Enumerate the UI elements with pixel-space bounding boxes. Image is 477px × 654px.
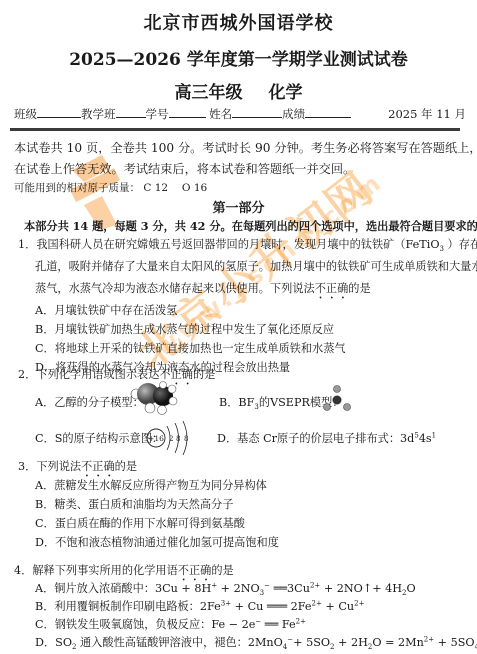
atomic-mass-label: 可能用到的相对原子质量： [14,182,140,194]
school-title: 北京市西城外国语学校 [0,9,477,35]
grade-label: 高三年级 [175,83,243,103]
option-label: B．利用覆铜板制作印刷电路板： [35,600,200,613]
atomic-mass-values: C 12 O 16 [143,182,207,194]
question-number: 4． [14,564,32,577]
question-1-line-1: 1．我国科研人员在研究嫦娥五号返回器带回的月壤时，发现月壤中的钛铁矿（FeTiO… [18,236,477,252]
sulfur-atom-diagram-icon: +16 2 8 8 [145,418,193,458]
instruction-line-1: 本试卷共 10 页，全卷共 100 分。考试时长 90 分钟。考生务必将答案写在… [14,139,477,156]
question-1-option-b: B．月壤钛铁矿加热生成水蒸气的过程中发生了氧化还原反应 [35,321,334,337]
option-label: D．SO [35,636,72,649]
emphasis-text: 不正确 [178,564,212,577]
superscript: 1 [432,431,436,439]
question-2-option-a: A．乙醇的分子模型： [35,394,144,410]
name-blank[interactable] [232,106,282,118]
equation: 2MnO4−+ 5SO2 + 2H2O = 2Mn2+ + 5SO42− + 4… [248,636,477,649]
svg-text:2: 2 [169,435,173,443]
question-3-option-d: D．不饱和液态植物油通过催化加氢可提高饱和度 [35,534,279,550]
emphasis-text: 不正确 [81,460,115,473]
question-text: 我国科研人员在研究嫦娥五号返回器带回的月壤时，发现月壤中的钛铁矿（FeTiO [36,238,439,251]
question-text: 下列说法 [36,460,81,473]
question-text: 的是 [193,368,215,381]
class-blank[interactable] [37,106,81,118]
exam-date: 2025 年 11 月 [388,106,466,122]
question-text: ）存在亚纳米 [444,238,477,251]
question-number: 1． [18,238,36,251]
student-id-blank[interactable] [169,106,206,118]
svg-text:8: 8 [176,435,180,443]
question-text: 的是 [115,460,137,473]
question-2-option-c: C．S的原子结构示意图： [35,430,163,446]
option-text: D．基态 Cr原子的价层电子排布式：3d [217,432,414,445]
option-label: C．钢铁发生吸氧腐蚀，负极反应： [35,618,211,631]
question-text: 的是 [211,564,233,577]
question-1-line-2: 孔道，吸附并储存了大量来自太阳风的氢原子。加热月壤中的钛铁矿可生成单质铁和大量水 [35,258,477,274]
nucleus-charge: +16 [148,434,164,443]
equation: 2Fe3+ + Cu ═══ 2Fe2+ + Cu2+ [200,600,365,613]
question-2-option-d: D．基态 Cr原子的价层电子排布式：3d54s1 [217,430,436,446]
question-2-line: 2．下列化学用语或图示表达不正确的是 [18,366,215,388]
question-4-option-d: D．SO2 通入酸性高锰酸钾溶液中，褪色：2MnO4−+ 5SO2 + 2H2O… [35,634,477,650]
ethanol-model-icon [130,380,178,416]
student-info-row: 班级教学班学号 姓名成绩 2025 年 11 月 [14,106,466,122]
question-1-option-a: A．月壤钛铁矿中存在活泼氢 [35,302,177,318]
question-3-option-a: A．蔗糖发生水解反应所得产物互为同分异构体 [35,477,267,493]
option-label: A．铜片放入浓硝酸中： [35,582,155,595]
teaching-class-blank[interactable] [116,106,146,118]
equation: Fe − 2e− ══ Fe2+ [211,618,306,631]
score-blank[interactable] [305,106,351,118]
instruction-line-2: 在试卷上作答无效。考试结束后，将本试卷和答题纸一并交回。 [14,160,355,177]
question-text: 的是 [348,282,370,295]
question-number: 2． [18,368,36,381]
svg-text:8: 8 [184,435,188,443]
header-divider [10,128,460,131]
question-1-line-3: 蒸气，水蒸气冷却为液态水储存起来以供使用。下列说法不正确的是 [35,280,371,302]
question-3-option-c: C．蛋白质在酶的作用下水解可得到氨基酸 [35,515,245,531]
teaching-class-label: 教学班 [81,107,116,121]
question-1-option-c: C．将地球上开采的钛铁矿直接加热也一定生成单质铁和水蒸气 [35,340,346,356]
question-text: 蒸气，水蒸气冷却为液态水储存起来以供使用。下列说法 [35,282,315,295]
question-3-option-b: B．糖类、蛋白质和油脂均为天然高分子 [35,496,233,512]
emphasis-text: 不正确 [315,282,349,295]
section-title: 第一部分 [0,197,477,216]
section-lead: 本部分共 14 题，每题 3 分，共 42 分。在每题列出的四个选项中，选出最符… [24,218,477,234]
exam-title: 2025—2026 学年度第一学期学业测试试卷 [0,45,477,70]
option-text: B．BF [219,396,254,409]
class-label: 班级 [14,107,37,121]
bf3-vsepr-model-icon [322,384,352,414]
subject-label: 化学 [269,83,303,103]
option-label: 通入酸性高锰酸钾溶液中，褪色： [76,636,247,649]
question-number: 3． [18,460,36,473]
option-text: 4s [419,432,432,445]
atomic-mass-line: 可能用到的相对原子质量： C 12 O 16 [14,180,207,195]
question-text: 解释下列事实所用的化学用语 [32,564,177,577]
question-4-option-c: C．钢铁发生吸氧腐蚀，负极反应：Fe − 2e− ══ Fe2+ [35,616,306,632]
score-label: 成绩 [282,107,305,121]
question-4-option-a: A．铜片放入浓硝酸中：3Cu + 8H+ + 2NO3− ══3Cu2+ + 2… [35,580,416,596]
exam-page: 北京小升初网 www.xschu.com 北京市西城外国语学校 2025—202… [0,0,477,654]
student-id-label: 学号 [146,107,169,121]
name-label: 姓名 [209,107,232,121]
equation: 3Cu + 8H+ + 2NO3− ══3Cu2+ + 2NO↑+ 4H2O [155,582,416,595]
grade-subject: 高三年级化学 [0,78,477,103]
question-4-option-b: B．利用覆铜板制作印刷电路板：2Fe3+ + Cu ═══ 2Fe2+ + Cu… [35,598,364,614]
